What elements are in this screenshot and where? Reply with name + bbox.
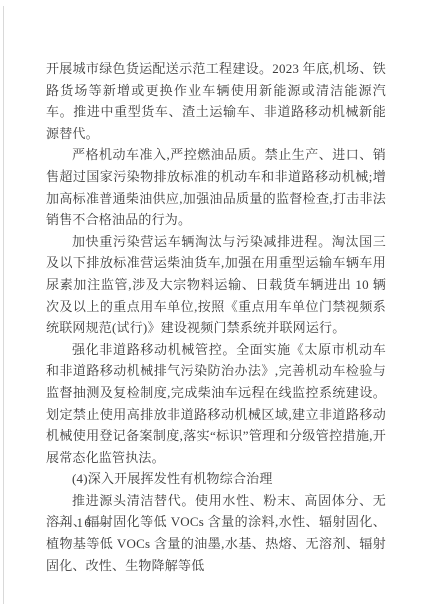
body-paragraph-non-road-machinery: 强化非道路移动机械管控。全面实施《太原市机动车和非道路移动机械排气污染防治办法》… [46,339,386,469]
body-paragraph-vehicle-access: 严格机动车准入,严控燃油品质。禁止生产、进口、销售超过国家污染物排放标准的机动车… [46,144,386,230]
document-page: 开展城市绿色货运配送示范工程建设。2023 年底,机场、铁路货场等新增或更换作业… [0,0,427,604]
scan-edge-line [3,6,4,604]
section-heading-vocs: (4)深入开展挥发性有机物综合治理 [46,468,386,490]
document-body: 开展城市绿色货运配送示范工程建设。2023 年底,机场、铁路货场等新增或更换作业… [46,58,386,576]
body-paragraph-source-substitution: 推进源头清洁替代。使用水性、粉末、高固体分、无溶剂、辐射固化等低 VOCs 含量… [46,490,386,576]
page-number: — 16 — [58,516,111,531]
body-paragraph-heavy-pollution-vehicles: 加快重污染营运车辆淘汰与污染减排进程。淘汰国三及以下排放标准营运柴油货车,加强在… [46,231,386,339]
body-paragraph-green-freight: 开展城市绿色货运配送示范工程建设。2023 年底,机场、铁路货场等新增或更换作业… [46,58,386,144]
